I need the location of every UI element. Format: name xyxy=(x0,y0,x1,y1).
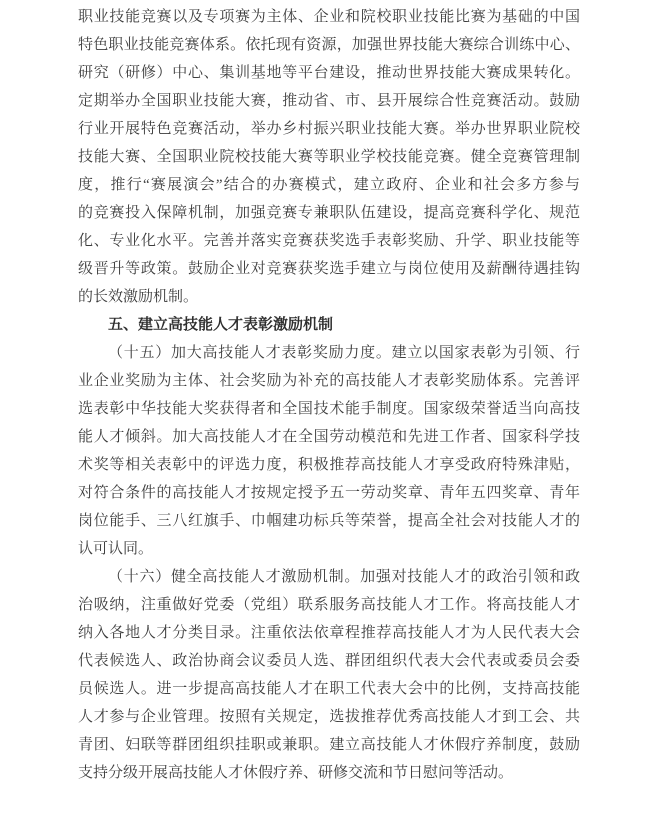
text-line: 技能大赛、全国职业院校技能大赛等职业学校技能竞赛。健全竞赛管理制 xyxy=(78,143,580,171)
text-line: 业企业奖励为主体、社会奖励为补充的高技能人才表彰奖励体系。完善评 xyxy=(78,367,580,395)
text-line: 行业开展特色竞赛活动，举办乡村振兴职业技能大赛。举办世界职业院校 xyxy=(78,115,580,143)
text-line: 的长效激励机制。 xyxy=(78,283,580,311)
text-line: 研究（研修）中心、集训基地等平台建设，推动世界技能大赛成果转化。 xyxy=(78,59,580,87)
text-line: 纳入各地人才分类目录。注重依法依章程推荐高技能人才为人民代表大会 xyxy=(78,619,580,647)
text-line: 员候选人。进一步提高高技能人才在职工代表大会中的比例，支持高技能 xyxy=(78,675,580,703)
text-line: 支持分级开展高技能人才休假疗养、研修交流和节日慰问等活动。 xyxy=(78,759,580,787)
document-page: 职业技能竞赛以及专项赛为主体、企业和院校职业技能比赛为基础的中国特色职业技能竞赛… xyxy=(0,0,659,815)
text-line: 选表彰中华技能大奖获得者和全国技术能手制度。国家级荣誉适当向高技 xyxy=(78,395,580,423)
text-line: 的竞赛投入保障机制，加强竞赛专兼职队伍建设，提高竞赛科学化、规范 xyxy=(78,199,580,227)
text-line: 能人才倾斜。加大高技能人才在全国劳动模范和先进工作者、国家科学技 xyxy=(78,423,580,451)
text-line: 定期举办全国职业技能大赛，推动省、市、县开展综合性竞赛活动。鼓励 xyxy=(78,87,580,115)
text-line: 青团、妇联等群团组织挂职或兼职。建立高技能人才休假疗养制度，鼓励 xyxy=(78,731,580,759)
text-line: （十六）健全高技能人才激励机制。加强对技能人才的政治引领和政 xyxy=(78,563,580,591)
text-line: 化、专业化水平。完善并落实竞赛获奖选手表彰奖励、升学、职业技能等 xyxy=(78,227,580,255)
text-line: 术奖等相关表彰中的评选力度，积极推荐高技能人才享受政府特殊津贴， xyxy=(78,451,580,479)
text-line: 特色职业技能竞赛体系。依托现有资源，加强世界技能大赛综合训练中心、 xyxy=(78,31,580,59)
text-line: （十五）加大高技能人才表彰奖励力度。建立以国家表彰为引领、行 xyxy=(78,339,580,367)
text-line: 治吸纳，注重做好党委（党组）联系服务高技能人才工作。将高技能人才 xyxy=(78,591,580,619)
text-line: 对符合条件的高技能人才按规定授予五一劳动奖章、青年五四奖章、青年 xyxy=(78,479,580,507)
text-line: 认可认同。 xyxy=(78,535,580,563)
document-body: 职业技能竞赛以及专项赛为主体、企业和院校职业技能比赛为基础的中国特色职业技能竞赛… xyxy=(78,3,580,787)
text-line: 岗位能手、三八红旗手、巾帼建功标兵等荣誉，提高全社会对技能人才的 xyxy=(78,507,580,535)
text-line: 代表候选人、政治协商会议委员人选、群团组织代表大会代表或委员会委 xyxy=(78,647,580,675)
section-heading: 五、建立高技能人才表彰激励机制 xyxy=(78,311,580,339)
text-line: 度，推行“赛展演会”结合的办赛模式，建立政府、企业和社会多方参与 xyxy=(78,171,580,199)
text-line: 职业技能竞赛以及专项赛为主体、企业和院校职业技能比赛为基础的中国 xyxy=(78,3,580,31)
text-line: 级晋升等政策。鼓励企业对竞赛获奖选手建立与岗位使用及薪酬待遇挂钩 xyxy=(78,255,580,283)
text-line: 人才参与企业管理。按照有关规定，选拔推荐优秀高技能人才到工会、共 xyxy=(78,703,580,731)
